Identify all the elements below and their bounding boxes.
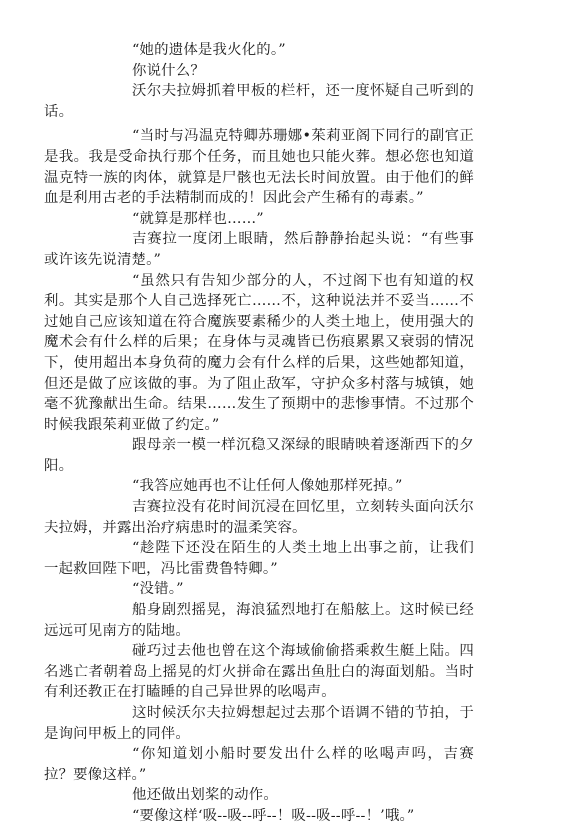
paragraph-ship-rocks: 船身剧烈摇晃，海浪猛烈地打在船舷上。这时候已经远远可见南方的陆地。 [44,600,474,641]
paragraph-thats-right: “没错。” [44,579,474,600]
paragraph-save-majesty: “趁陛下还没在陌生的人类土地上出事之前，让我们一起救回陛下吧，冯比雷费鲁特卿。” [44,538,474,579]
paragraph-rowing-chant: “要像这样‘吸--吸--呼--！吸--吸--呼--！’哦。” [44,806,474,827]
paragraph-wolfram-doubts: 沃尔夫拉姆抓着甲板的栏杆，还一度怀疑自己听到的话。 [44,81,474,122]
paragraph-gisela-speaks: 吉赛拉一度闭上眼睛，然后静静抬起头说：“有些事或许该先说清楚。” [44,229,474,270]
paragraph-gisela-smiles: 吉赛拉没有花时间沉浸在回忆里，立刻转头面向沃尔夫拉姆，并露出治疗病患时的温柔笑容… [44,497,474,538]
paragraph-julia-sacrifice: “虽然只有告知少部分的人，不过阁下也有知道的权利。其实是那个人自己选择死亡……不… [44,271,474,436]
paragraph-cremation-quote: “她的遗体是我火化的。” [44,40,474,61]
paragraph-adjutant-explains: “当时与冯温克特卿苏珊娜•茱莉亚阁下同行的副官正是我。我是受命执行那个任务，而且… [44,126,474,208]
paragraph-rowing-question: “你知道划小船时要发出什么样的吆喝声吗，吉赛拉？要像这样。” [44,744,474,785]
paragraph-promise: “我答应她再也不让任何人像她那样死掉。” [44,476,474,497]
paragraph-even-so: “就算是那样也……” [44,209,474,230]
paragraph-wolfram-recalls: 这时候沃尔夫拉姆想起过去那个语调不错的节拍，于是询问甲板上的同伴。 [44,703,474,744]
paragraph-green-eyes: 跟母亲一模一样沉稳又深绿的眼睛映着逐渐西下的夕阳。 [44,435,474,476]
paragraph-rowing-motion: 他还做出划桨的动作。 [44,785,474,806]
document-page: “她的遗体是我火化的。” 你说什么？ 沃尔夫拉姆抓着甲板的栏杆，还一度怀疑自己听… [44,40,474,827]
paragraph-memory-lifeboat: 碰巧过去他也曾在这个海域偷偷搭乘救生艇上陆。四名逃亡者朝着岛上摇晃的灯火拼命在露… [44,641,474,703]
paragraph-what-did-you-say: 你说什么？ [44,61,474,82]
